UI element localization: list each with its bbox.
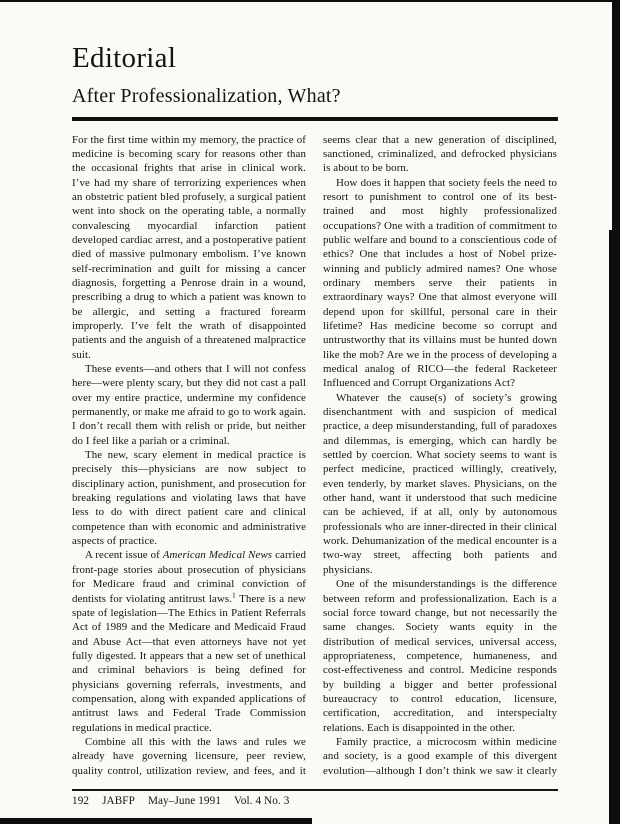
- footer-volume: Vol. 4 No. 3: [234, 795, 289, 807]
- paragraph: For the first time within my memory, the…: [72, 133, 306, 363]
- title-rule: [72, 117, 558, 121]
- footer-journal-abbrev: JABFP: [102, 795, 135, 807]
- paragraph: Whatever the cause(s) of society’s growi…: [323, 391, 557, 577]
- paragraph: How does it happen that society feels th…: [323, 176, 557, 391]
- scan-edge-top: [0, 0, 620, 2]
- scan-edge-bottom: [0, 818, 312, 824]
- paragraph: Family practice, a microcosm within medi…: [323, 735, 557, 778]
- article-columns: For the first time within my memory, the…: [72, 133, 558, 778]
- section-title: Editorial: [72, 44, 558, 73]
- footer-issue: May–June 1991: [148, 795, 221, 807]
- article-content: Editorial After Professionalization, Wha…: [72, 44, 558, 778]
- paragraph: One of the misunderstandings is the diff…: [323, 577, 557, 735]
- paragraph: A recent issue of American Medical News …: [72, 548, 306, 734]
- paragraph: seems clear that a new generation of dis…: [323, 133, 557, 176]
- paragraph: The new, scary element in medical practi…: [72, 448, 306, 548]
- paragraph: Combine all this with the laws and rules…: [72, 735, 306, 778]
- footer: 192JABFPMay–June 1991Vol. 4 No. 3: [72, 795, 558, 807]
- footer-rule: [72, 789, 558, 791]
- footer-page-number: 192: [72, 795, 89, 807]
- column-right: seems clear that a new generation of dis…: [323, 133, 557, 778]
- article-title: After Professionalization, What?: [72, 86, 558, 107]
- journal-page: Editorial After Professionalization, Wha…: [0, 0, 620, 824]
- paragraph: These events—and others that I will not …: [72, 362, 306, 448]
- scan-edge-right-lower: [609, 230, 620, 824]
- column-left: For the first time within my memory, the…: [72, 133, 306, 778]
